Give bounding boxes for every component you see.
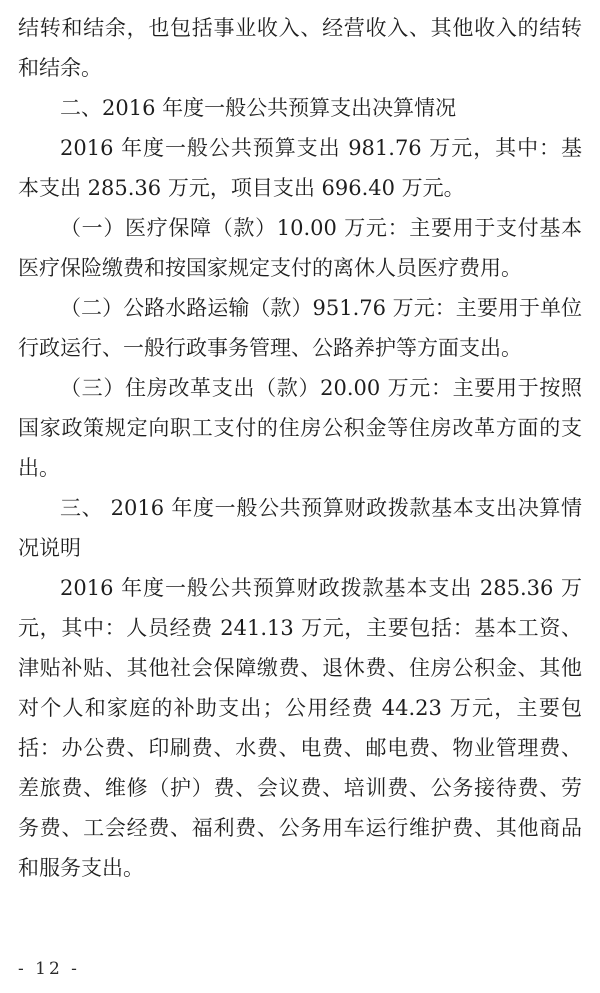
para-general-budget-expenditure: 2016 年度一般公共预算支出 981.76 万元，其中：基本支出 285.36…	[18, 128, 582, 208]
para-basic-expenditure-detail: 2016 年度一般公共预算财政拨款基本支出 285.36 万元，其中：人员经费 …	[18, 568, 582, 888]
para-item-medical-insurance: （一）医疗保障（款）10.00 万元：主要用于支付基本医疗保险缴费和按国家规定支…	[18, 208, 582, 288]
page-number: - 12 -	[18, 959, 80, 979]
heading-section-two: 二、2016 年度一般公共预算支出决算情况	[18, 88, 582, 128]
para-item-road-water-transport: （二）公路水路运输（款）951.76 万元：主要用于单位行政运行、一般行政事务管…	[18, 288, 582, 368]
document-page: 结转和结余，也包括事业收入、经营收入、其他收入的结转和结余。 二、2016 年度…	[0, 0, 600, 993]
para-item-housing-reform: （三）住房改革支出（款）20.00 万元：主要用于按照国家政策规定向职工支付的住…	[18, 368, 582, 488]
para-carryover-continuation: 结转和结余，也包括事业收入、经营收入、其他收入的结转和结余。	[18, 8, 582, 88]
heading-section-three: 三、 2016 年度一般公共预算财政拨款基本支出决算情况说明	[18, 488, 582, 568]
